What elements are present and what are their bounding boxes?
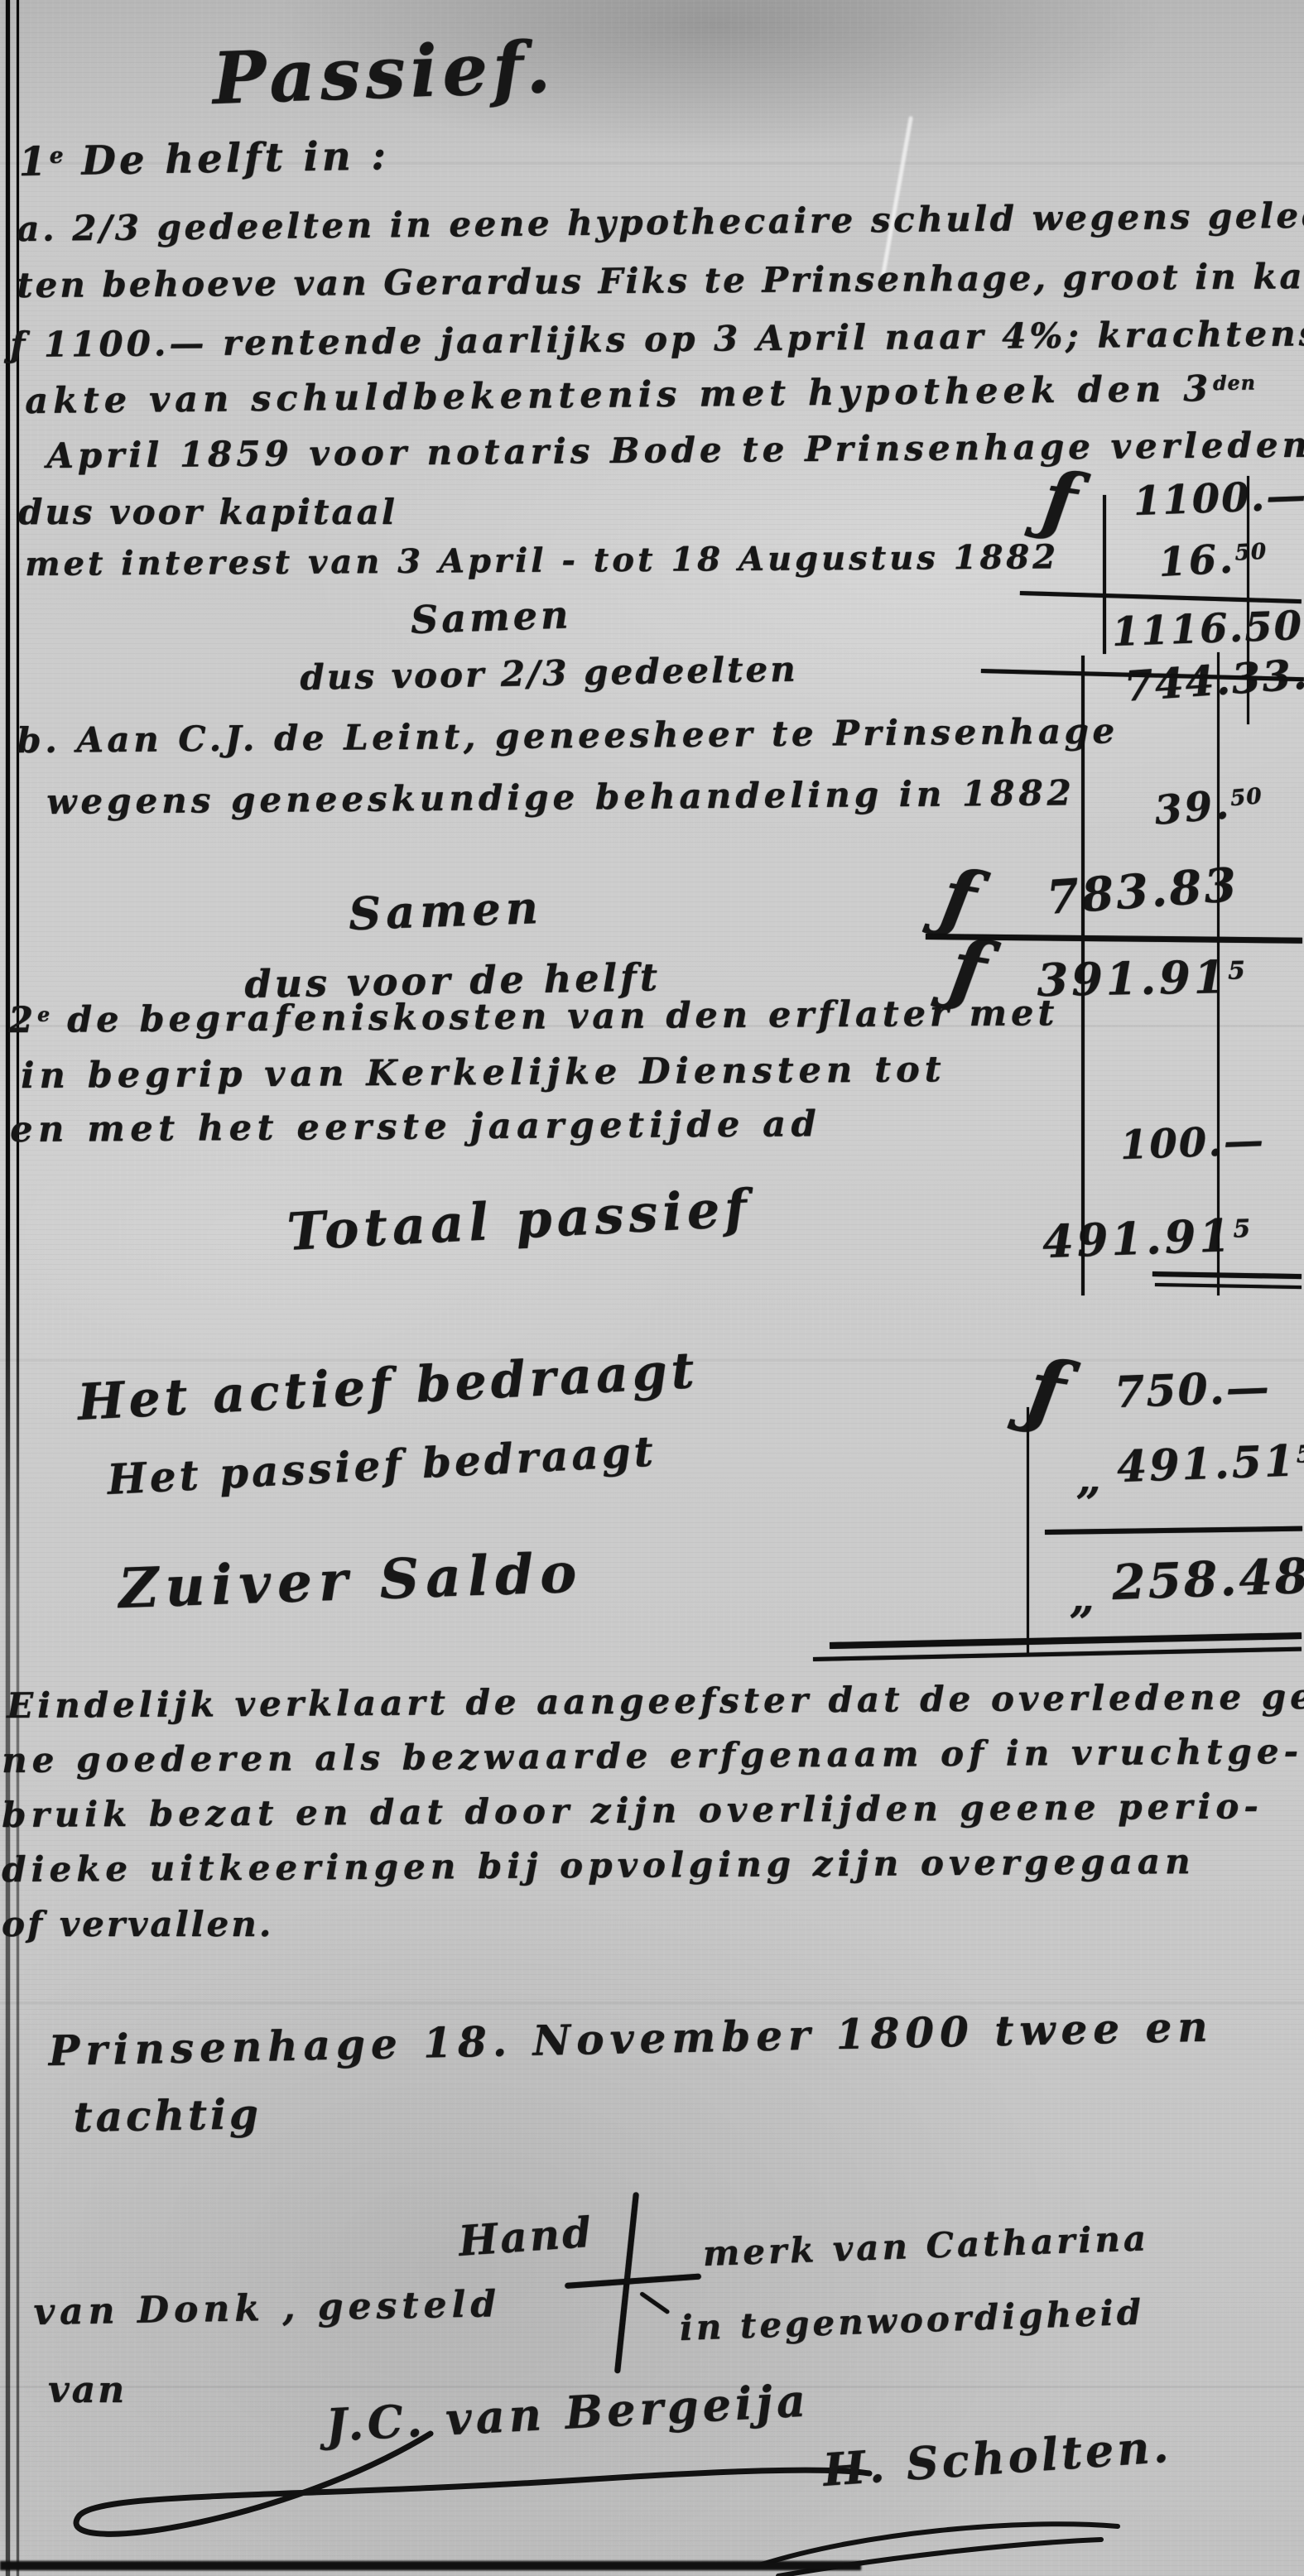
page-margin-rule-outer — [6, 0, 10, 2576]
section-heading-ordinal: e — [49, 143, 64, 169]
row-samen-total-label: Samen — [348, 881, 544, 940]
amount-column-rule — [1103, 495, 1106, 654]
row-samen-label: Samen — [410, 592, 572, 642]
row-kapitaal-amount: 1100.— — [1133, 473, 1304, 525]
item-b-amount: 39.50 — [1152, 779, 1265, 834]
row-samen-amount: 1116.50 — [1111, 603, 1304, 656]
item-b-amount-cents: 50 — [1229, 783, 1263, 811]
item-a-line-1: a. 2/3 gedeelten in eene hypothecaire sc… — [17, 193, 1304, 249]
summary-actief-label: Het actief bedraagt — [76, 1342, 700, 1432]
item-2-line-1-text: de begrafeniskosten van den erflater met — [51, 992, 1059, 1040]
item-a-line-5: April 1859 voor notaris Bode te Prinsenh… — [46, 425, 1304, 476]
item-b-amount-main: 39. — [1152, 781, 1233, 834]
item-2-line-1: 2e de begrafeniskosten van den erflater … — [8, 992, 1058, 1041]
row-helft-amount-main: 391.91 — [1037, 950, 1229, 1007]
row-interest-amount: 16.50 — [1157, 534, 1268, 586]
handmark-merk-van-catharina: merk van Catharina — [702, 2218, 1150, 2274]
total-double-rule — [1155, 1283, 1302, 1289]
row-helft-amount-half-cent: 5 — [1228, 956, 1246, 985]
saldo-double-rule — [830, 1632, 1302, 1649]
amount-column-rule — [1027, 1407, 1029, 1656]
closing-line-3: bruik bezat en dat door zijn overlijden … — [2, 1785, 1263, 1835]
doc-title: Passief. — [211, 26, 556, 121]
item-a-line-4-text: akte van schuldbekentenis met hypotheek … — [25, 368, 1213, 422]
dateline-year-word: tachtig — [73, 2089, 262, 2141]
item-a-line-4-superscript: den — [1213, 371, 1256, 395]
total-double-rule — [1152, 1271, 1302, 1279]
ditto-mark: „ — [1070, 1573, 1095, 1623]
row-samen-total-amount: 783.83 — [1045, 858, 1240, 925]
row-totaal-label: Totaal passief — [286, 1178, 753, 1262]
section-heading: 1e De helft in : — [18, 132, 389, 185]
summary-saldo-label: Zuiver Saldo — [118, 1540, 584, 1621]
item-2-ordinal: e — [37, 1003, 51, 1026]
row-totaal-amount-half-cent: 5 — [1233, 1214, 1252, 1244]
item-2-line-2: in begrip van Kerkelijke Diensten tot — [21, 1049, 946, 1097]
item-2-line-3: en met het eerste jaargetijde ad — [10, 1103, 821, 1151]
handmark-van-donk-gesteld: van Donk , gesteld — [33, 2283, 501, 2333]
section-heading-text: De helft in : — [64, 132, 389, 185]
summary-saldo-amount: 258.485 — [1111, 1547, 1304, 1611]
section-heading-number: 1 — [18, 138, 50, 185]
row-totaal-amount-main: 491.91 — [1042, 1209, 1234, 1268]
row-interest-amount-main: 16. — [1157, 536, 1236, 586]
row-tweederde-label: dus voor 2/3 gedeelten — [300, 649, 798, 698]
amount-column-rule — [1081, 656, 1085, 1295]
page-margin-rule-inner — [17, 0, 19, 2576]
item-b-line-1: b. Aan C.J. de Leint, geneesheer te Prin… — [17, 710, 1119, 761]
amount-column-rule — [1217, 652, 1220, 1295]
item-a-line-2: ten behoeve van Gerardus Fiks te Prinsen… — [17, 255, 1304, 305]
item-a-line-4: akte van schuldbekentenis met hypotheek … — [25, 368, 1256, 422]
item-2-amount: 100.— — [1119, 1117, 1266, 1169]
dateline-place-date: Prinsenhage 18. November 1800 twee en — [48, 2002, 1214, 2075]
handmark-cross-icon — [563, 2185, 729, 2384]
summary-passief-amount-half-cent: 5 — [1296, 1439, 1304, 1468]
closing-line-5: of vervallen. — [2, 1904, 273, 1944]
sum-rule — [1045, 1526, 1302, 1535]
florin-sign: ƒ — [1037, 454, 1082, 546]
summary-passief-label: Het passief bedraagt — [106, 1426, 657, 1504]
handmark-in-tegenwoordigheid: in tegenwoordigheid — [679, 2291, 1145, 2348]
summary-actief-amount: 750.— — [1114, 1362, 1272, 1418]
item-a-line-3: ƒ 1100.— rentende jaarlijks op 3 April n… — [10, 313, 1304, 365]
scan-scratch — [880, 116, 913, 280]
row-interest-amount-cents: 50 — [1234, 539, 1268, 566]
ditto-mark: „ — [1076, 1454, 1101, 1504]
closing-line-1: Eindelijk verklaart de aangeefster dat d… — [7, 1676, 1304, 1726]
item-2-number: 2 — [8, 1000, 37, 1041]
item-b-line-2: wegens geneeskundige behandeling in 1882 — [46, 772, 1075, 822]
summary-saldo-amount-main: 258.48 — [1111, 1548, 1304, 1611]
summary-passief-amount-main: 491.51 — [1116, 1435, 1297, 1492]
row-totaal-amount: 491.915 — [1042, 1208, 1252, 1268]
closing-line-4: dieke uitkeeringen bij opvolging zijn ov… — [2, 1841, 1196, 1890]
closing-line-2: ne goederen als bezwaarde erfgenaam of i… — [2, 1731, 1303, 1781]
row-interest-label: met interest van 3 April - tot 18 August… — [25, 537, 1059, 584]
row-kapitaal-label: dus voor kapitaal — [18, 492, 397, 532]
document-scan-page: Passief. 1e De helft in : a. 2/3 gedeelt… — [0, 0, 1304, 2576]
sum-rule — [1020, 591, 1302, 603]
saldo-double-rule — [813, 1647, 1302, 1661]
scan-edge-smudge — [0, 2561, 861, 2570]
row-helft-amount: 391.915 — [1037, 950, 1246, 1007]
summary-passief-amount: 491.515 — [1116, 1435, 1304, 1492]
